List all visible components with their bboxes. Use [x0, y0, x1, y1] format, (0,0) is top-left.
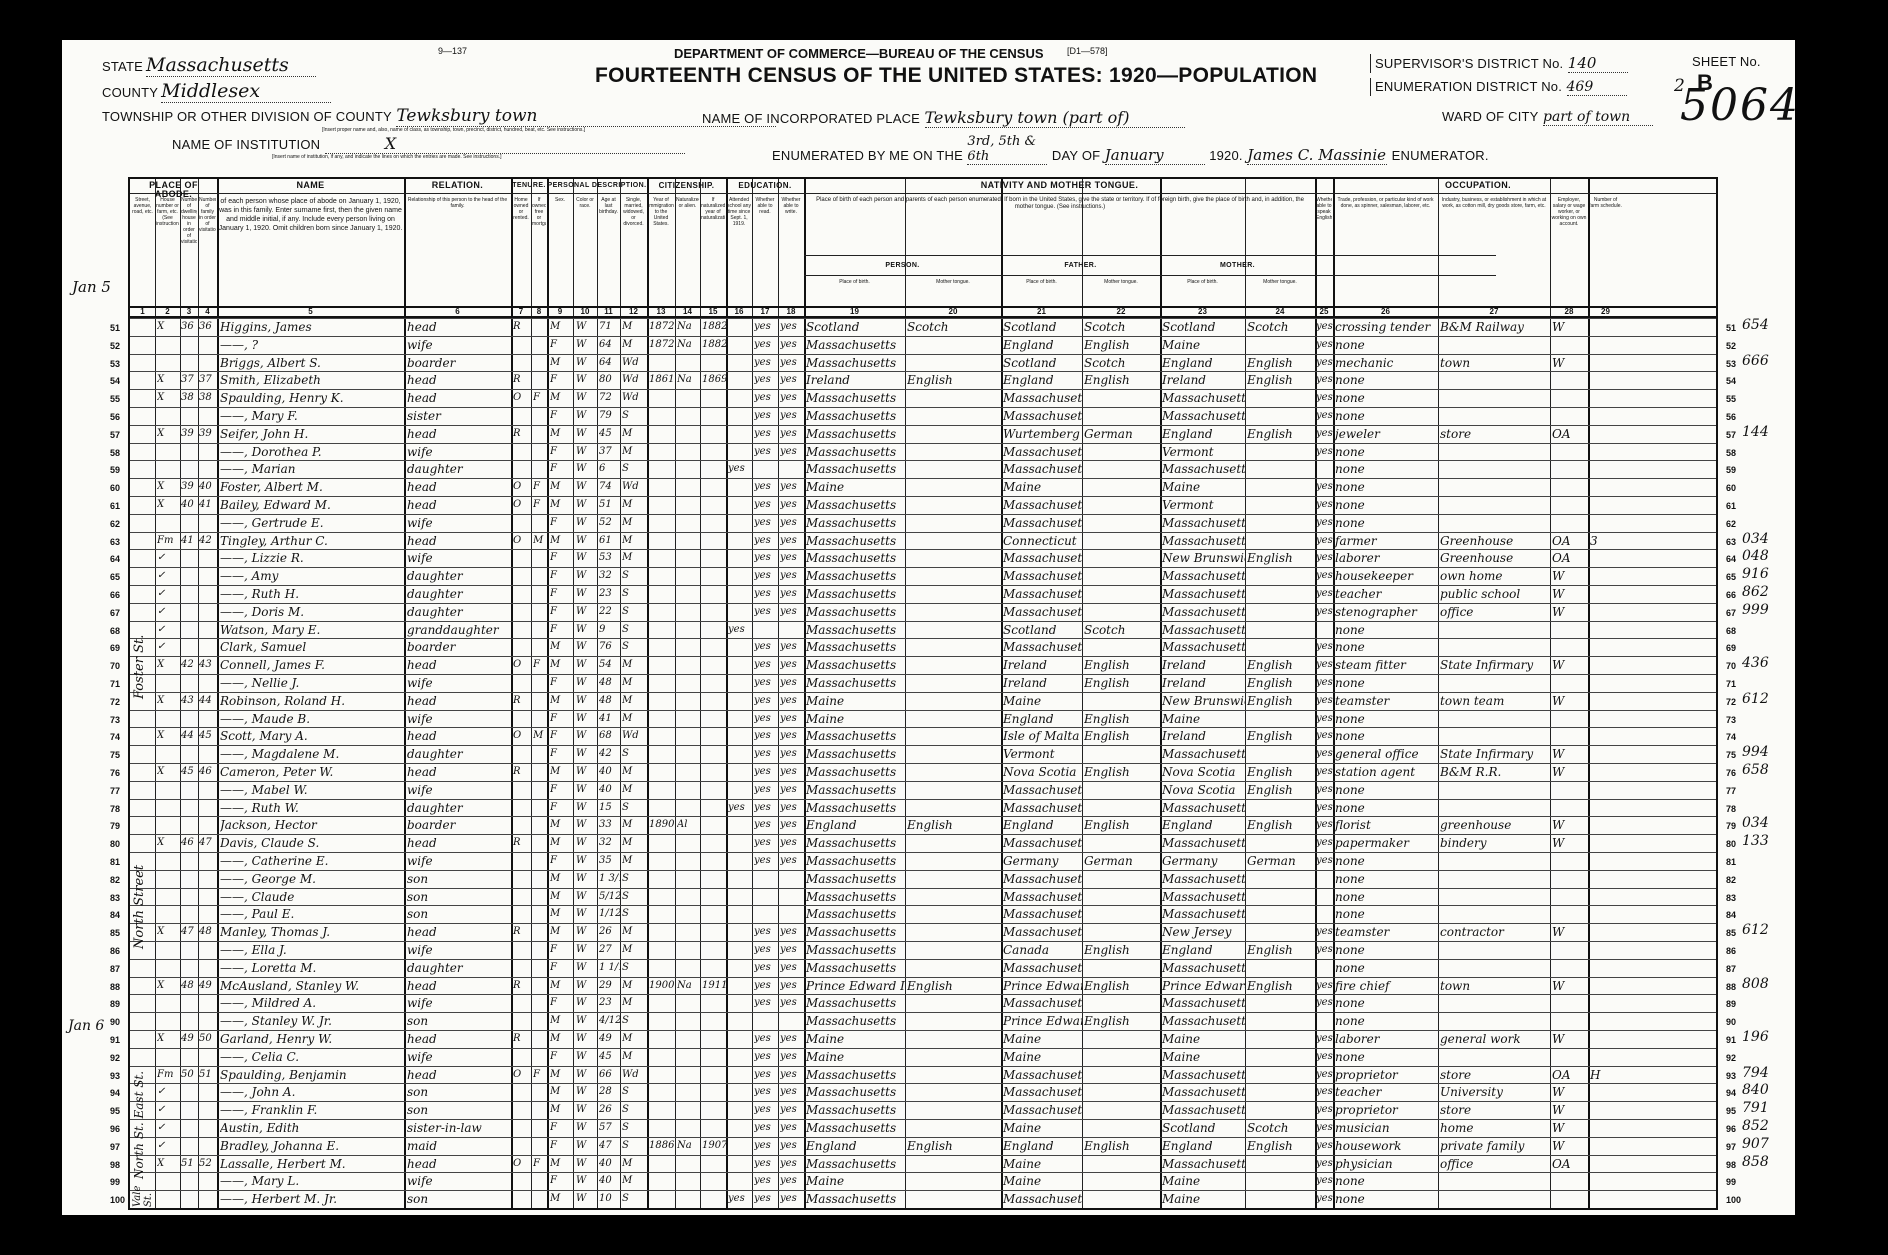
- incorporated-place-label: NAME OF INCORPORATED PLACE: [702, 111, 920, 126]
- industry-cell: store: [1440, 424, 1550, 444]
- attended-school-cell: yes: [728, 1189, 753, 1209]
- line-number-right: 89: [1726, 999, 1736, 1009]
- dwelling-number-cell: 43: [181, 691, 199, 711]
- family-number-cell: 39: [199, 424, 218, 444]
- line-number-right: 61: [1726, 501, 1736, 511]
- line-number-right: 75: [1726, 750, 1736, 760]
- ward-field: WARD OF CITY part of town: [1442, 108, 1653, 126]
- line-number-right: 67: [1726, 608, 1736, 618]
- line-number-right: 52: [1726, 341, 1736, 351]
- line-number: 53: [110, 359, 120, 369]
- line-number: 85: [110, 928, 120, 938]
- group-occupation: OCCUPATION.: [1333, 181, 1623, 190]
- sex-cell: M: [550, 1189, 574, 1209]
- dwelling-number-cell: 38: [181, 388, 199, 408]
- line-number: 75: [110, 750, 120, 760]
- can-read-cell: yes: [754, 851, 779, 871]
- supervisor-district-value: 140: [1568, 54, 1628, 73]
- father-mother-tongue-cell: English: [1084, 762, 1160, 782]
- house-number-cell: X: [157, 317, 179, 337]
- mortgage-cell: M: [533, 531, 547, 551]
- line-number-right: 77: [1726, 786, 1736, 796]
- supervisor-label: SUPERVISOR'S DISTRICT No.: [1375, 56, 1563, 71]
- employer-class-cell: OA: [1552, 1154, 1588, 1174]
- column-number-12: 12: [620, 307, 647, 316]
- home-owned-cell: R: [513, 976, 531, 996]
- column-header-3: Number of dwelling house in order of vis…: [181, 197, 197, 305]
- column-number-9: 9: [547, 307, 573, 316]
- mortgage-cell: F: [533, 388, 547, 408]
- column-number-3: 3: [180, 307, 198, 316]
- mother-mother-tongue-cell: English: [1247, 691, 1315, 711]
- line-number: 52: [110, 341, 120, 351]
- father-mother-tongue-cell: English: [1084, 976, 1160, 996]
- employer-class-cell: W: [1552, 833, 1588, 853]
- column-number-7: 7: [511, 307, 531, 316]
- scan-border-right: [1795, 0, 1888, 1255]
- marital-status-cell: S: [622, 1189, 648, 1209]
- column-number-10: 10: [573, 307, 597, 316]
- line-number: 61: [110, 501, 120, 511]
- naturalization-year-cell: 1907: [702, 1136, 727, 1156]
- can-write-cell: yes: [780, 1189, 805, 1209]
- column-number-20: 20: [905, 307, 1001, 316]
- father-mother-tongue-cell: English: [1084, 673, 1160, 693]
- column-header-29: Number of farm schedule.: [1589, 197, 1622, 305]
- line-number: 64: [110, 554, 120, 564]
- line-number-right: 64: [1726, 554, 1736, 564]
- column-header-26: Trade, profession, or particular kind of…: [1334, 197, 1437, 305]
- can-read-cell: yes: [754, 1189, 779, 1209]
- family-number-cell: 51: [199, 1065, 218, 1085]
- column-header-8: If owned, free or mortgaged.: [532, 197, 546, 305]
- father-mother-tongue-cell: German: [1084, 424, 1160, 444]
- supervisor-district-field: SUPERVISOR'S DISTRICT No. 140: [1370, 54, 1628, 73]
- line-number-right: 94: [1726, 1088, 1736, 1098]
- line-number: 90: [110, 1017, 120, 1027]
- column-number-4: 4: [198, 307, 217, 316]
- immigration-year-cell: 1861: [649, 370, 676, 390]
- group-personal-description: PERSONAL DESCRIPTION.: [547, 181, 647, 190]
- naturalized-cell: Na: [677, 370, 701, 390]
- line-number-right: 63: [1726, 537, 1736, 547]
- column-header-6: Relationship of this person to the head …: [405, 197, 510, 305]
- line-number-right: 60: [1726, 483, 1736, 493]
- line-number: 78: [110, 804, 120, 814]
- naturalization-year-cell: 1911: [702, 976, 727, 996]
- mother-tongue-cell: English: [907, 370, 1001, 390]
- line-number-right: 66: [1726, 590, 1736, 600]
- house-number-cell: X: [157, 1029, 179, 1049]
- dwelling-number-cell: 50: [181, 1065, 199, 1085]
- line-number-right: 51: [1726, 323, 1736, 333]
- industry-cell: B&M Railway: [1440, 317, 1550, 337]
- group-person: PERSON.: [804, 261, 1001, 270]
- line-number-right: 59: [1726, 465, 1736, 475]
- state-label: STATE: [102, 59, 143, 74]
- mother-mother-tongue-cell: English: [1247, 780, 1315, 800]
- line-number: 94: [110, 1088, 120, 1098]
- trade-cell: none: [1335, 1189, 1438, 1209]
- line-number-right: 90: [1726, 1017, 1736, 1027]
- line-number-right: 68: [1726, 626, 1736, 636]
- family-number-cell: 50: [199, 1029, 218, 1049]
- nativity-instructions: Place of birth of each person and parent…: [810, 197, 1310, 211]
- home-owned-cell: O: [513, 388, 531, 408]
- column-header-13: Year of immigration to the United States…: [648, 197, 674, 305]
- column-number-23: 23: [1160, 307, 1245, 316]
- margin-date-jan6: Jan 6: [68, 1018, 104, 1034]
- line-number: 69: [110, 643, 120, 653]
- line-number-right: 88: [1726, 982, 1736, 992]
- immigration-year-cell: 1890: [649, 815, 676, 835]
- mortgage-cell: F: [533, 1065, 547, 1085]
- column-number-24: 24: [1245, 307, 1315, 316]
- column-header-28: Employer, salary or wage worker, or work…: [1551, 197, 1587, 305]
- line-number-right: 86: [1726, 946, 1736, 956]
- can-write-cell: yes: [780, 442, 805, 462]
- family-number-cell: 48: [199, 922, 218, 942]
- home-owned-cell: R: [513, 1029, 531, 1049]
- dwelling-number-cell: 44: [181, 726, 199, 746]
- line-number: 81: [110, 857, 120, 867]
- family-number-cell: 45: [199, 726, 218, 746]
- house-number-cell: X: [157, 976, 179, 996]
- column-header-22: Mother tongue.: [1083, 279, 1159, 305]
- line-number-right: 95: [1726, 1106, 1736, 1116]
- line-number-right: 81: [1726, 857, 1736, 867]
- line-number-right: 83: [1726, 893, 1736, 903]
- employer-class-cell: OA: [1552, 424, 1588, 444]
- column-number-11: 11: [597, 307, 620, 316]
- line-number: 82: [110, 875, 120, 885]
- group-tenure: TENURE.: [511, 181, 547, 190]
- line-number: 66: [110, 590, 120, 600]
- employer-class-cell: W: [1552, 317, 1588, 337]
- family-number-cell: 36: [199, 317, 218, 337]
- father-mother-tongue-cell: Scotch: [1084, 620, 1160, 640]
- mother-tongue-cell: Scotch: [907, 317, 1001, 337]
- father-birthplace-cell: Massachusetts: [1003, 1189, 1082, 1209]
- line-number: 67: [110, 608, 120, 618]
- occupation-code: 658: [1742, 760, 1802, 780]
- can-write-cell: yes: [780, 851, 805, 871]
- enumeration-date-field: ENUMERATED BY ME ON THE 3rd, 5th & 6th D…: [772, 134, 1489, 165]
- day-of-label: DAY OF: [1052, 148, 1100, 163]
- can-read-cell: yes: [754, 993, 779, 1013]
- line-number: 57: [110, 430, 120, 440]
- can-read-cell: yes: [754, 602, 779, 622]
- column-number-17: 17: [752, 307, 778, 316]
- speaks-english-cell: yes: [1316, 993, 1334, 1013]
- form-code: [D1—578]: [1067, 46, 1108, 56]
- naturalization-year-cell: 1882: [702, 335, 727, 355]
- father-mother-tongue-cell: English: [1084, 726, 1160, 746]
- line-number: 96: [110, 1124, 120, 1134]
- home-owned-cell: O: [513, 1065, 531, 1085]
- mother-mother-tongue-cell: English: [1247, 548, 1315, 568]
- line-number: 74: [110, 732, 120, 742]
- line-number-right: 56: [1726, 412, 1736, 422]
- enumeration-district-label: ENUMERATION DISTRICT No.: [1375, 79, 1562, 94]
- line-number: 100: [110, 1195, 125, 1205]
- dwelling-number-cell: 40: [181, 495, 199, 515]
- employer-class-cell: W: [1552, 1029, 1588, 1049]
- can-write-cell: yes: [780, 993, 805, 1013]
- line-number-right: 87: [1726, 964, 1736, 974]
- enumerated-day: 3rd, 5th & 6th: [967, 134, 1047, 165]
- column-header-15: If naturalized, year of naturalization.: [701, 197, 725, 305]
- line-number-right: 92: [1726, 1053, 1736, 1063]
- column-number-19: 19: [804, 307, 905, 316]
- speaks-english-cell: yes: [1316, 602, 1334, 622]
- occupation-code: 808: [1742, 974, 1802, 994]
- naturalized-cell: Na: [677, 335, 701, 355]
- column-number-2: 2: [155, 307, 180, 316]
- incorporated-place-field: NAME OF INCORPORATED PLACE Tewksbury tow…: [702, 108, 1185, 128]
- employer-class-cell: W: [1552, 655, 1588, 675]
- home-owned-cell: R: [513, 424, 531, 444]
- line-number-right: 72: [1726, 697, 1736, 707]
- census-sheet: STATE Massachusetts COUNTY Middlesex TOW…: [62, 40, 1795, 1215]
- industry-cell: office: [1440, 602, 1550, 622]
- form-number: 9—137: [438, 46, 467, 56]
- column-number-15: 15: [700, 307, 726, 316]
- state-value: Massachusetts: [146, 54, 316, 77]
- state-field: STATE Massachusetts: [102, 54, 316, 77]
- line-number: 88: [110, 982, 120, 992]
- home-owned-cell: R: [513, 833, 531, 853]
- occupation-code: 436: [1742, 653, 1802, 673]
- industry-cell: bindery: [1440, 833, 1550, 853]
- line-number-right: 80: [1726, 839, 1736, 849]
- line-number: 98: [110, 1160, 120, 1170]
- industry-cell: general work: [1440, 1029, 1550, 1049]
- dwelling-number-cell: 39: [181, 424, 199, 444]
- farm-schedule-cell: 3: [1590, 531, 1623, 551]
- line-number-right: 79: [1726, 821, 1736, 831]
- dwelling-number-cell: 48: [181, 976, 199, 996]
- column-header-7: Home owned or rented.: [512, 197, 530, 305]
- column-number-22: 22: [1082, 307, 1160, 316]
- line-number: 92: [110, 1053, 120, 1063]
- township-field: TOWNSHIP OR OTHER DIVISION OF COUNTY Tew…: [102, 106, 776, 133]
- house-number-cell: X: [157, 922, 179, 942]
- column-header-19: Place of birth.: [805, 279, 904, 305]
- line-number-right: 62: [1726, 519, 1736, 529]
- line-number: 97: [110, 1142, 120, 1152]
- line-number-right: 85: [1726, 928, 1736, 938]
- father-mother-tongue-cell: English: [1084, 815, 1160, 835]
- family-number-cell: 38: [199, 388, 218, 408]
- institution-field: NAME OF INSTITUTION X [Insert name of in…: [172, 134, 685, 160]
- scan-border-left: [0, 0, 62, 1255]
- column-header-12: Single, married, widowed, or divorced.: [621, 197, 646, 305]
- line-number-right: 54: [1726, 376, 1736, 386]
- home-owned-cell: R: [513, 317, 531, 337]
- line-number-right: 69: [1726, 643, 1736, 653]
- group-father: FATHER.: [1001, 261, 1160, 270]
- speaks-english-cell: yes: [1316, 940, 1334, 960]
- mother-mother-tongue-cell: English: [1247, 976, 1315, 996]
- line-number-right: 97: [1726, 1142, 1736, 1152]
- person-name-cell: ——, Herbert M. Jr.: [220, 1189, 405, 1209]
- naturalized-cell: Al: [677, 815, 701, 835]
- father-mother-tongue-cell: English: [1084, 940, 1160, 960]
- column-header-23: Place of birth.: [1161, 279, 1244, 305]
- immigration-year-cell: 1872: [649, 335, 676, 355]
- attended-school-cell: yes: [728, 798, 753, 818]
- line-number: 56: [110, 412, 120, 422]
- home-owned-cell: O: [513, 655, 531, 675]
- employer-class-cell: W: [1552, 762, 1588, 782]
- line-number-right: 96: [1726, 1124, 1736, 1134]
- stamped-sheet-number: 5064: [1680, 80, 1800, 131]
- can-write-cell: yes: [780, 602, 805, 622]
- family-number-cell: 47: [199, 833, 218, 853]
- birthplace-cell: Massachusetts: [806, 1189, 905, 1209]
- line-number: 91: [110, 1035, 120, 1045]
- employer-class-cell: W: [1552, 602, 1588, 622]
- house-number-cell: X: [157, 1154, 179, 1174]
- column-number-26: 26: [1333, 307, 1438, 316]
- home-owned-cell: R: [513, 762, 531, 782]
- line-number: 60: [110, 483, 120, 493]
- enumeration-district-field: ENUMERATION DISTRICT No. 469: [1370, 78, 1627, 96]
- line-number-right: 99: [1726, 1177, 1736, 1187]
- county-value: Middlesex: [161, 80, 331, 103]
- farm-schedule-cell: H: [1590, 1065, 1623, 1085]
- occupation-code: 612: [1742, 920, 1802, 940]
- father-mother-tongue-cell: English: [1084, 1136, 1160, 1156]
- occupation-code: 144: [1742, 422, 1802, 442]
- column-header-1: Street, avenue, road, etc.: [131, 197, 154, 305]
- enumerated-year: 1920.: [1209, 148, 1243, 163]
- column-number-25: 25: [1315, 307, 1333, 316]
- line-number: 99: [110, 1177, 120, 1187]
- line-number-right: 76: [1726, 768, 1736, 778]
- line-number: 54: [110, 376, 120, 386]
- column-header-4: Number of family in order of visitation.: [199, 197, 216, 305]
- dwelling-number-cell: 49: [181, 1029, 199, 1049]
- industry-cell: office: [1440, 1154, 1550, 1174]
- enumerator-label: ENUMERATOR.: [1392, 148, 1489, 163]
- line-number-right: 82: [1726, 875, 1736, 885]
- speaks-english-cell: yes: [1316, 442, 1334, 462]
- enumerator-name: James C. Massinie: [1247, 146, 1387, 165]
- column-number-18: 18: [778, 307, 804, 316]
- father-mother-tongue-cell: English: [1084, 370, 1160, 390]
- table-row: 100——, Herbert M. Jr.sonMW10SyesyesyesMa…: [130, 1190, 1716, 1209]
- column-header-20: Mother tongue.: [906, 279, 1000, 305]
- column-number-8: 8: [531, 307, 547, 316]
- father-mother-tongue-cell: English: [1084, 1011, 1160, 1031]
- line-number: 89: [110, 999, 120, 1009]
- line-number: 95: [110, 1106, 120, 1116]
- naturalized-cell: Na: [677, 976, 701, 996]
- group-education: EDUCATION.: [726, 181, 804, 190]
- dwelling-number-cell: 47: [181, 922, 199, 942]
- sheet-number-label: SHEET No.: [1692, 54, 1761, 69]
- home-owned-cell: O: [513, 531, 531, 551]
- race-cell: W: [576, 1189, 598, 1209]
- industry-cell: town team: [1440, 691, 1550, 711]
- enumeration-district-value: 469: [1567, 79, 1627, 96]
- line-number-right: 58: [1726, 448, 1736, 458]
- group-name: NAME: [217, 181, 404, 190]
- group-relation: RELATION.: [404, 181, 511, 190]
- occupation-code: 133: [1742, 831, 1802, 851]
- mother-mother-tongue-cell: German: [1247, 851, 1315, 871]
- age-cell: 10: [599, 1189, 621, 1209]
- line-number: 83: [110, 893, 120, 903]
- line-number: 70: [110, 661, 120, 671]
- column-header-10: Color or race.: [574, 197, 596, 305]
- column-number-21: 21: [1001, 307, 1082, 316]
- institution-value: X: [325, 134, 685, 154]
- home-owned-cell: R: [513, 691, 531, 711]
- line-number-right: 65: [1726, 572, 1736, 582]
- industry-cell: State Infirmary: [1440, 655, 1550, 675]
- industry-cell: contractor: [1440, 922, 1550, 942]
- mother-mother-tongue-cell: Scotch: [1247, 317, 1315, 337]
- family-number-cell: 49: [199, 976, 218, 996]
- line-number-right: 70: [1726, 661, 1736, 671]
- house-number-cell: X: [157, 833, 179, 853]
- column-number-6: 6: [404, 307, 511, 316]
- mortgage-cell: F: [533, 1154, 547, 1174]
- speaks-english-cell: yes: [1316, 1189, 1334, 1209]
- census-table: PLACE OF ABODE. NAME RELATION. TENURE. P…: [128, 177, 1718, 1210]
- column-header-2: House number or farm, etc. (See instruct…: [156, 197, 179, 305]
- house-number-cell: X: [157, 691, 179, 711]
- home-owned-cell: R: [513, 922, 531, 942]
- family-number-cell: 52: [199, 1154, 218, 1174]
- column-header-11: Age at last birthday.: [598, 197, 619, 305]
- mother-tongue-cell: English: [907, 976, 1001, 996]
- dwelling-number-cell: 41: [181, 531, 199, 551]
- family-number-cell: 43: [199, 655, 218, 675]
- column-number-16: 16: [726, 307, 752, 316]
- employer-class-cell: W: [1552, 691, 1588, 711]
- mother-tongue-cell: English: [907, 815, 1001, 835]
- mother-mother-tongue-cell: English: [1247, 1136, 1315, 1156]
- industry-cell: B&M R.R.: [1440, 762, 1550, 782]
- mother-tongue-cell: English: [907, 1136, 1001, 1156]
- employer-class-cell: W: [1552, 922, 1588, 942]
- department-heading: DEPARTMENT OF COMMERCE—BUREAU OF THE CEN…: [674, 46, 1044, 61]
- relationship-cell: son: [407, 1189, 511, 1209]
- naturalization-year-cell: 1869: [702, 370, 727, 390]
- ward-label: WARD OF CITY: [1442, 109, 1539, 124]
- scan-border-bottom: [0, 1215, 1888, 1255]
- column-header-24: Mother tongue.: [1246, 279, 1314, 305]
- speaks-english-cell: yes: [1316, 851, 1334, 871]
- home-owned-cell: O: [513, 1154, 531, 1174]
- column-number-13: 13: [647, 307, 675, 316]
- street-note-north-east: North St. East St.: [132, 999, 146, 1179]
- line-number: 62: [110, 519, 120, 529]
- line-number-right: 100: [1726, 1195, 1741, 1205]
- institution-label: NAME OF INSTITUTION: [172, 137, 320, 152]
- occupation-code: 196: [1742, 1027, 1802, 1047]
- column-header-18: Whether able to write.: [779, 197, 803, 305]
- column-number-14: 14: [675, 307, 700, 316]
- enumerated-month: January: [1105, 146, 1205, 165]
- family-number-cell: 46: [199, 762, 218, 782]
- line-number: 65: [110, 572, 120, 582]
- line-number-right: 55: [1726, 394, 1736, 404]
